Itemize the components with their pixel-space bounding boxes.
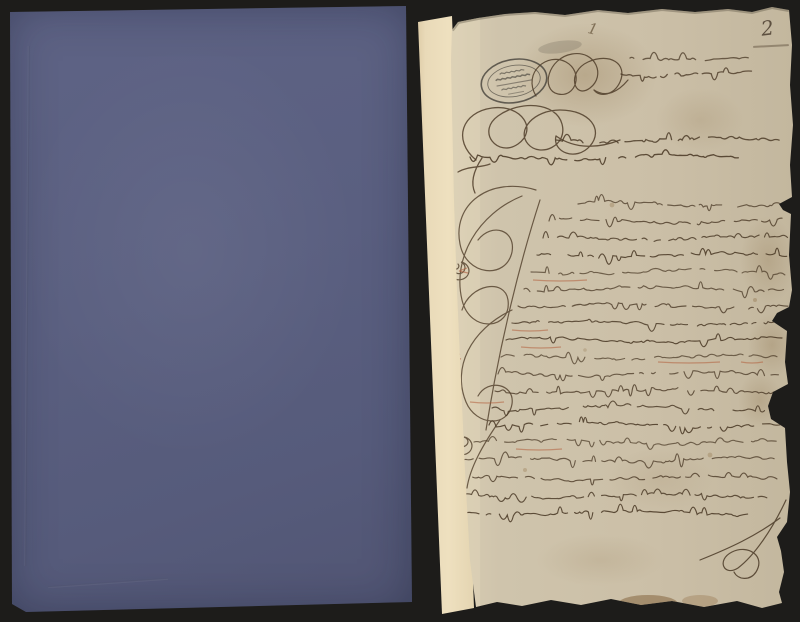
manuscript-page <box>0 0 800 622</box>
margin-mark <box>452 354 461 359</box>
page-number: 2 <box>760 15 776 40</box>
archival-scan-background: 1 2 <box>0 0 800 622</box>
